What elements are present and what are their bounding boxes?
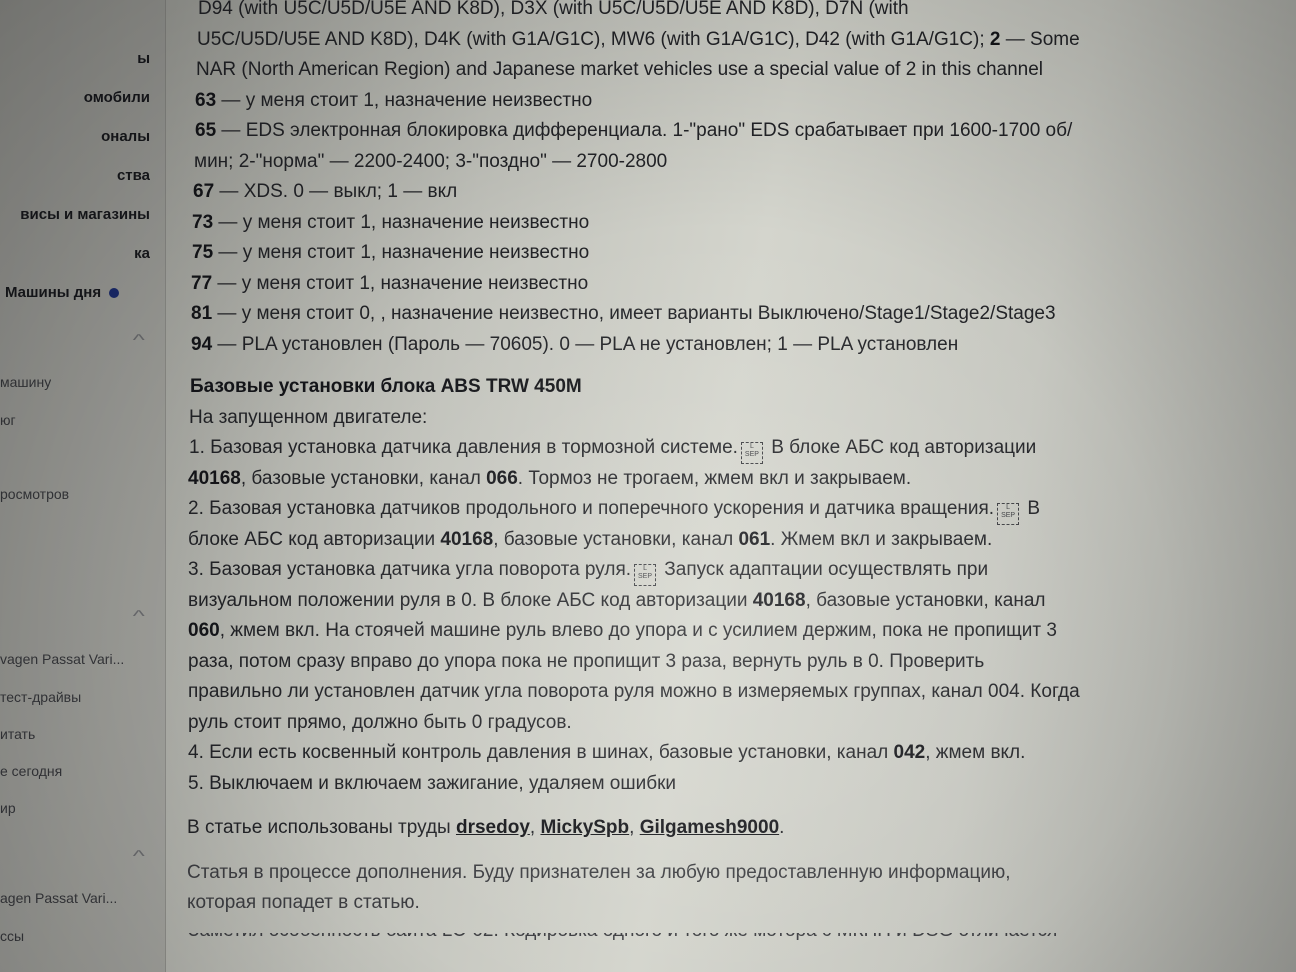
channel-number: 67: [193, 181, 214, 202]
channel-number: 066: [486, 468, 518, 489]
channel-entry: 77 — у меня стоит 1, назначение неизвест…: [186, 269, 1186, 300]
text: , жмем вкл.: [925, 742, 1025, 763]
author-link[interactable]: MickySpb: [540, 817, 629, 838]
sidebar-item-label: Машины дня: [5, 284, 101, 301]
channel-desc: — у меня стоит 1, назначение неизвестно: [213, 212, 589, 233]
channel-desc: — у меня стоит 0, , назначение неизвестн…: [212, 303, 1055, 324]
auth-code: 40168: [753, 590, 806, 611]
text: , базовые установки, канал: [241, 468, 486, 489]
sidebar: ы омобили оналы ства висы и магазины ка …: [0, 0, 166, 972]
cut-off-text: Заметил особенность байта LC-02. Кодиров…: [186, 933, 1186, 949]
channel-entry: 94 — PLA установлен (Пароль — 70605). 0 …: [186, 330, 1186, 361]
step-3: 3. Базовая установка датчика угла поворо…: [186, 555, 1186, 586]
sidebar-item-cars[interactable]: омобили: [0, 89, 150, 106]
text: Запуск адаптации осуществлять при: [659, 559, 988, 580]
sidebar-link[interactable]: е сегодня: [0, 763, 62, 779]
sidebar-item-services[interactable]: висы и магазины: [0, 206, 150, 223]
sidebar-link[interactable]: agen Passat Vari...: [0, 890, 117, 906]
note-text: которая попадет в статью.: [186, 888, 1186, 919]
separator: ,: [629, 817, 640, 838]
author-link[interactable]: drsedoy: [456, 817, 530, 838]
screen: ы омобили оналы ства висы и магазины ка …: [0, 0, 1296, 972]
text: визуальном положении руля в 0. В блоке А…: [188, 590, 753, 611]
channel-number: 94: [191, 334, 212, 355]
sidebar-item[interactable]: ы: [0, 50, 150, 67]
auth-code: 40168: [188, 468, 241, 489]
sidebar-link[interactable]: машину: [0, 374, 51, 390]
sidebar-link[interactable]: росмотров: [0, 486, 69, 502]
channel-desc: — EDS электронная блокировка дифференциа…: [216, 120, 1072, 141]
channel-number: 75: [192, 242, 213, 263]
sidebar-link[interactable]: ссы: [0, 928, 24, 944]
channel-desc: — PLA установлен (Пароль — 70605). 0 — P…: [212, 334, 958, 355]
separator: .: [779, 817, 784, 838]
channel-number: 061: [738, 529, 770, 550]
sidebar-link[interactable]: тест-драйвы: [0, 689, 81, 705]
channel-desc: — XDS. 0 — выкл; 1 — вкл: [214, 181, 457, 202]
author-link[interactable]: Gilgamesh9000: [640, 817, 779, 838]
sidebar-item-market[interactable]: ка: [0, 245, 150, 262]
text: Заметил особенность байта LC-02. Кодиров…: [188, 933, 1057, 941]
step-1-cont: 40168, базовые установки, канал 066. Тор…: [186, 464, 1186, 495]
channel-number: 77: [191, 273, 212, 294]
channel-number: 63: [195, 90, 216, 111]
text: U5C/U5D/U5E AND K8D), D4K (with G1A/G1C)…: [197, 29, 990, 50]
channel-desc: — у меня стоит 1, назначение неизвестно: [213, 242, 589, 263]
step-3-cont: руль стоит прямо, должно быть 0 градусов…: [186, 708, 1186, 739]
sidebar-link[interactable]: ир: [0, 800, 16, 816]
sidebar-item-label: ства: [117, 167, 150, 184]
channel-number: 060: [188, 620, 220, 641]
text: блоке АБС код авторизации: [188, 529, 440, 550]
sidebar-item-communities[interactable]: ства: [0, 167, 150, 184]
sidebar-item-cars-of-day[interactable]: Машины дня: [5, 284, 185, 301]
text: В блоке АБС код авторизации: [766, 437, 1036, 458]
sidebar-link[interactable]: итать: [0, 726, 35, 742]
channel-desc: — у меня стоит 1, назначение неизвестно: [216, 90, 592, 111]
text-line: U5C/U5D/U5E AND K8D), D4K (with G1A/G1C)…: [186, 25, 1186, 56]
chevron-up-icon[interactable]: ^: [133, 608, 145, 626]
chevron-up-icon[interactable]: ^: [133, 848, 145, 866]
auth-code: 40168: [440, 529, 493, 550]
step-2: 2. Базовая установка датчиков продольног…: [186, 494, 1186, 525]
channel-entry: 67 — XDS. 0 — выкл; 1 — вкл: [186, 177, 1186, 208]
sidebar-link[interactable]: юг: [0, 412, 16, 428]
sidebar-item-professionals[interactable]: оналы: [0, 128, 150, 145]
separator: ,: [530, 817, 541, 838]
step-3-cont: визуальном положении руля в 0. В блоке А…: [186, 586, 1186, 617]
sidebar-link[interactable]: vagen Passat Vari...: [0, 651, 124, 667]
channel-number: 042: [894, 742, 926, 763]
step-1: 1. Базовая установка датчика давления в …: [186, 433, 1186, 464]
channel-number: 81: [191, 303, 212, 324]
text: 4. Если есть косвенный контроль давления…: [188, 742, 894, 763]
channel-entry: 73 — у меня стоит 1, назначение неизвест…: [186, 208, 1186, 239]
step-4: 4. Если есть косвенный контроль давления…: [186, 738, 1186, 769]
text-line: D94 (with U5C/U5D/U5E AND K8D), D3X (wit…: [186, 0, 1186, 25]
text: , жмем вкл. На стоячей машине руль влево…: [220, 620, 1057, 641]
step-2-cont: блоке АБС код авторизации 40168, базовые…: [186, 525, 1186, 556]
step-3-cont: правильно ли установлен датчик угла пово…: [186, 677, 1186, 708]
sep-char-icon: LSEP: [997, 503, 1019, 525]
channel-entry-cont: мин; 2-"норма" — 2200-2400; 3-"поздно" —…: [186, 147, 1186, 178]
sidebar-item-label: омобили: [84, 89, 150, 106]
sidebar-item-label: висы и магазины: [20, 206, 150, 223]
text: 3. Базовая установка датчика угла поворо…: [188, 559, 631, 580]
sidebar-item-label: ка: [134, 245, 150, 262]
channel-entry: 75 — у меня стоит 1, назначение неизвест…: [186, 238, 1186, 269]
sidebar-item-label: ы: [137, 50, 150, 67]
article-body: D94 (with U5C/U5D/U5E AND K8D), D3X (wit…: [186, 0, 1186, 949]
step-5: 5. Выключаем и включаем зажигание, удаля…: [186, 769, 1186, 800]
notification-dot-icon: [109, 288, 119, 298]
step-3-cont: 060, жмем вкл. На стоячей машине руль вл…: [186, 616, 1186, 647]
text: 1. Базовая установка датчика давления в …: [189, 437, 738, 458]
channel-entry: 81 — у меня стоит 0, , назначение неизве…: [186, 299, 1186, 330]
text: . Тормоз не трогаем, жмем вкл и закрывае…: [518, 468, 911, 489]
credits-label: В статье использованы труды: [187, 817, 456, 838]
value-bold: 2: [990, 29, 1001, 50]
channel-desc: — у меня стоит 1, назначение неизвестно: [212, 273, 588, 294]
channel-entry: 63 — у меня стоит 1, назначение неизвест…: [186, 86, 1186, 117]
sep-char-icon: LSEP: [741, 442, 763, 464]
step-3-cont: раза, потом сразу вправо до упора пока н…: [186, 647, 1186, 678]
section-subtitle: На запущенном двигателе:: [186, 403, 1186, 434]
text: В: [1022, 498, 1040, 519]
chevron-up-icon[interactable]: ^: [133, 332, 145, 350]
text-line: NAR (North American Region) and Japanese…: [186, 55, 1186, 86]
channel-entry: 65 — EDS электронная блокировка дифферен…: [186, 116, 1186, 147]
channel-number: 73: [192, 212, 213, 233]
sep-char-icon: LSEP: [634, 564, 656, 586]
sidebar-item-label: оналы: [101, 128, 150, 145]
text: 2. Базовая установка датчиков продольног…: [188, 498, 994, 519]
note-text: Статья в процессе дополнения. Буду призн…: [186, 858, 1186, 889]
text: . Жмем вкл и закрываем.: [770, 529, 992, 550]
text: , базовые установки, канал: [806, 590, 1046, 611]
credits: В статье использованы труды drsedoy, Mic…: [186, 813, 1186, 844]
channel-number: 65: [195, 120, 216, 141]
text: — Some: [1001, 29, 1080, 50]
text: , базовые установки, канал: [493, 529, 738, 550]
section-heading: Базовые установки блока ABS TRW 450M: [186, 372, 1186, 403]
